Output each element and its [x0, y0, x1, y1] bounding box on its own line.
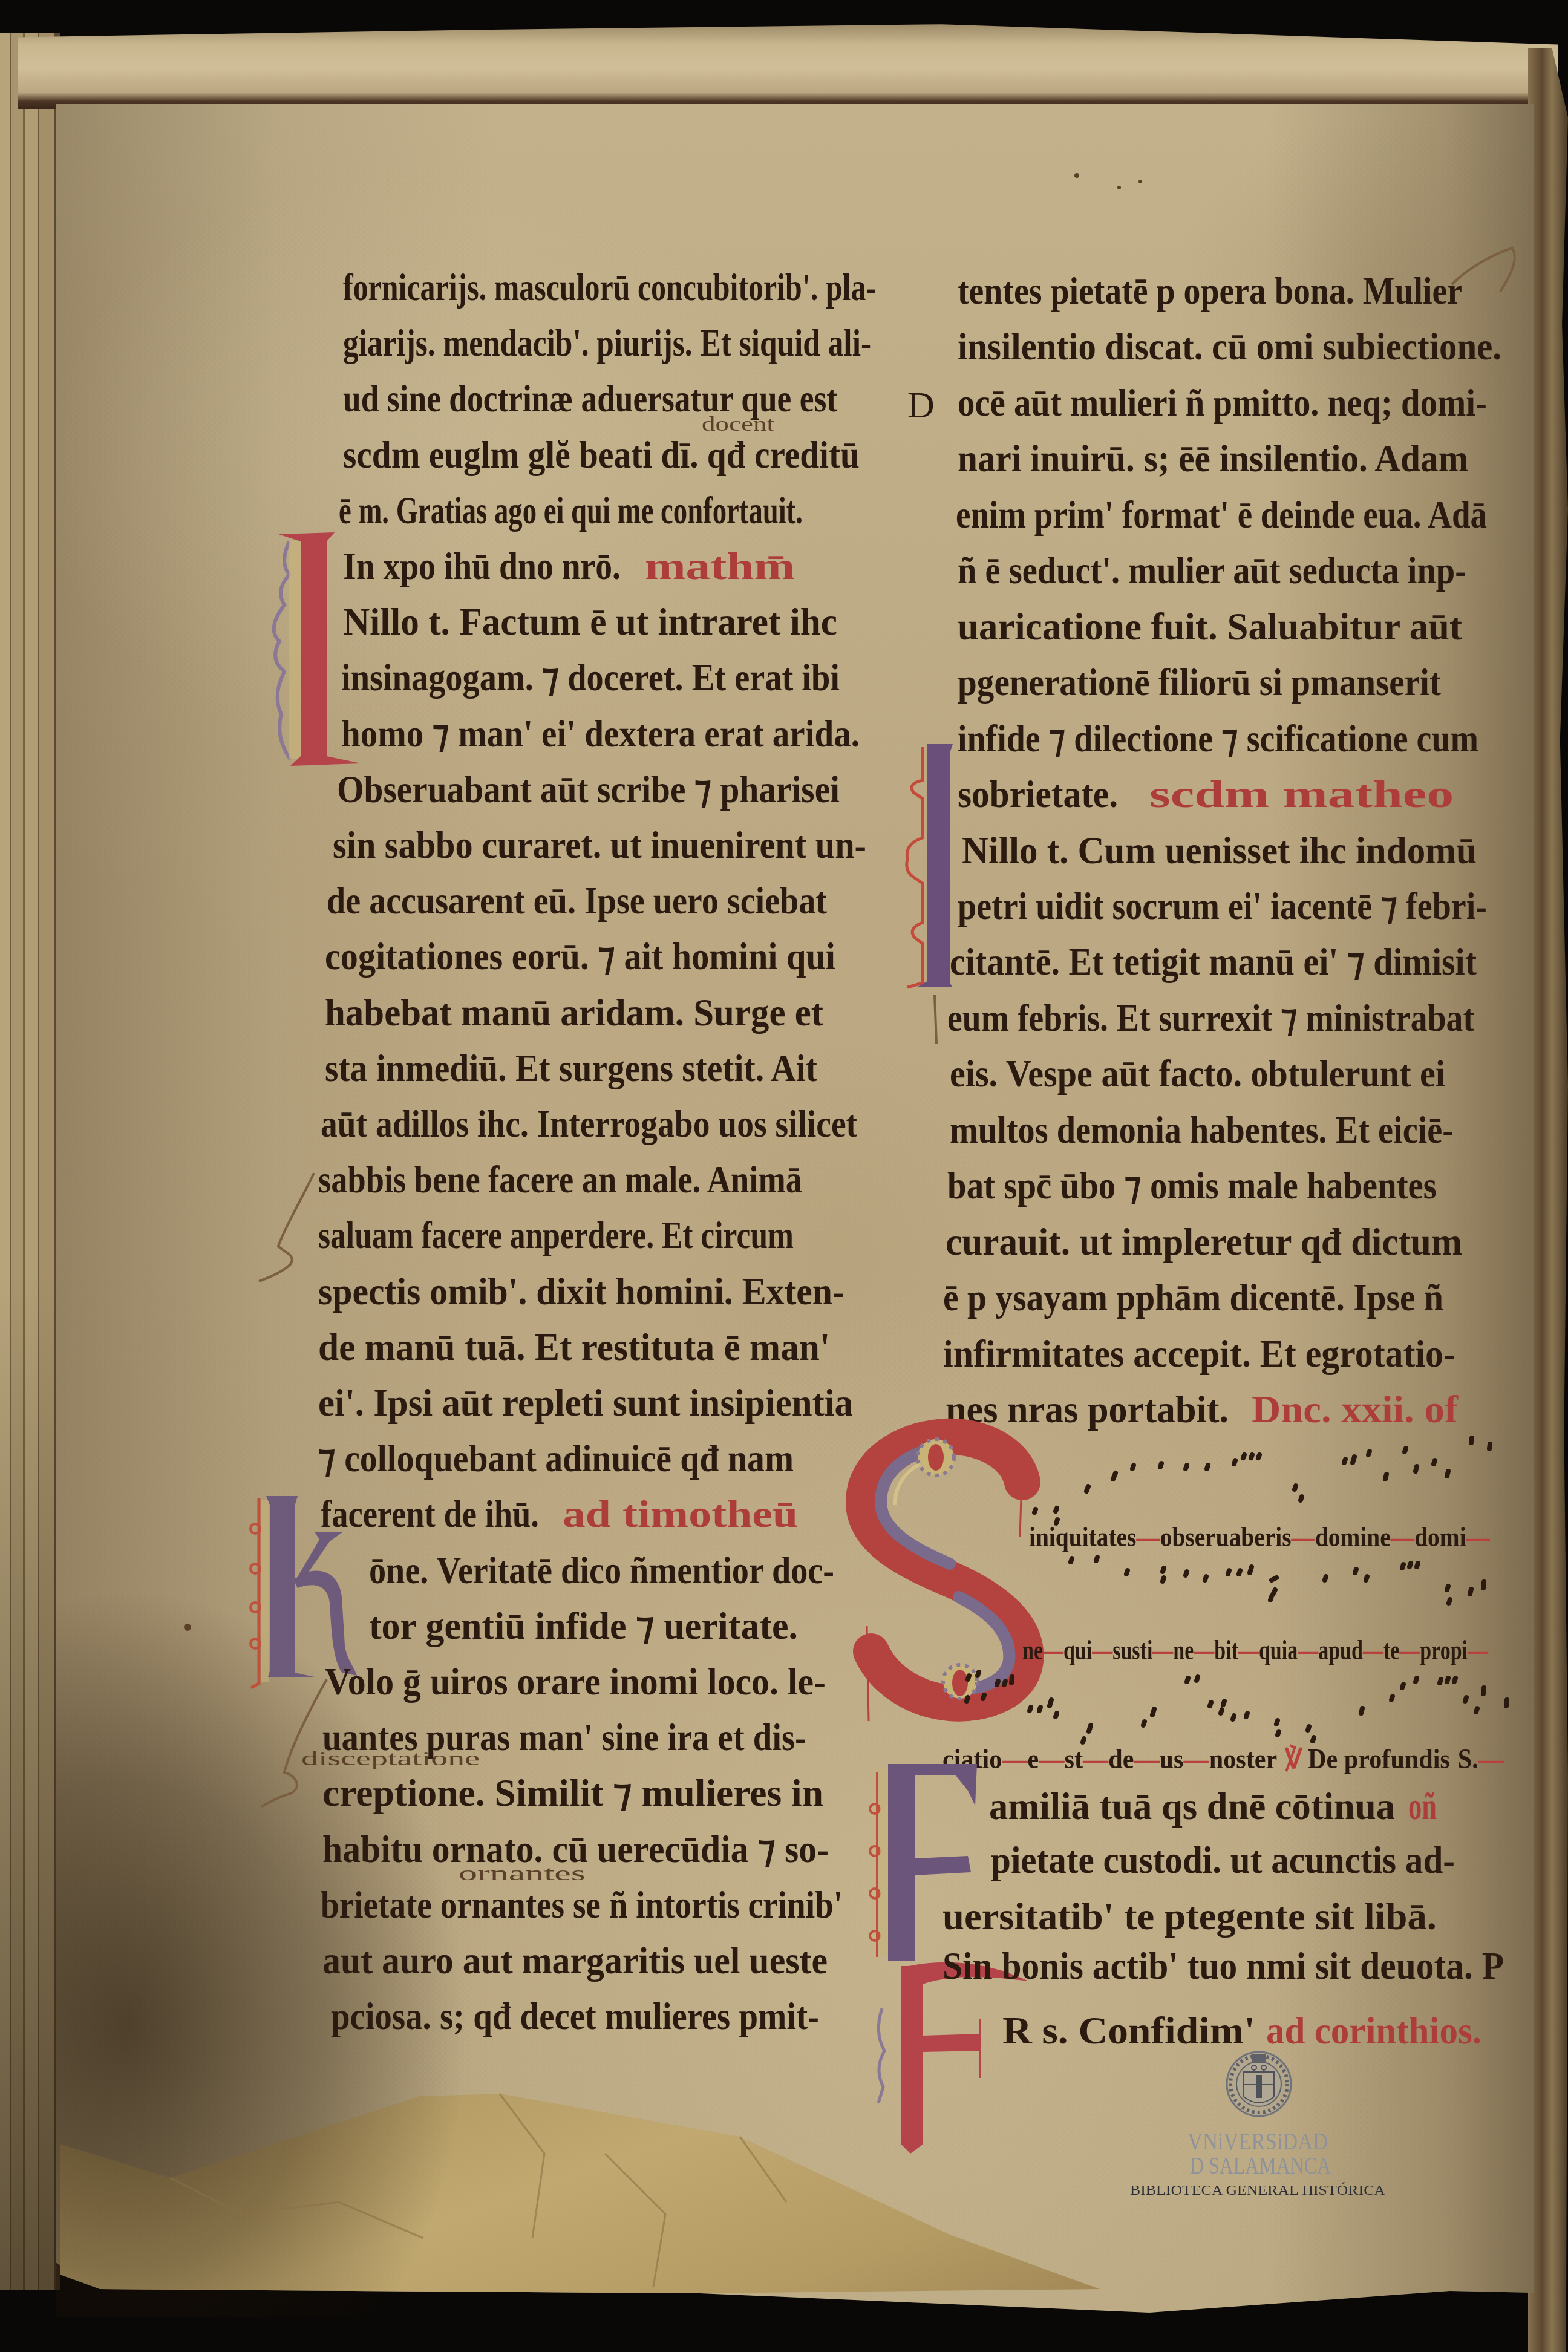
text-line: saluam facere anperdere. Et circum: [318, 1214, 794, 1256]
syllable: propi: [1420, 1635, 1468, 1665]
connector: —: [1002, 1743, 1028, 1774]
text-line: giarijs. mendacib'. piurijs. Et siquid a…: [343, 321, 871, 364]
rubric: scdm matheo: [1149, 773, 1454, 815]
text-line: brietate ornantes se ñ intortis crinib': [321, 1883, 843, 1926]
text-line: enim prim' format' ē deinde eua. Adā: [956, 493, 1487, 536]
connector: —: [1183, 1743, 1210, 1774]
text-line: pciosa. s; qđ decet mulieres pmit-: [331, 1994, 819, 2037]
connector: —: [1390, 1521, 1415, 1552]
syllable: susti: [1112, 1635, 1152, 1665]
text-line: insilentio discat. cū omi subiectione.: [958, 325, 1501, 368]
connector: —: [1152, 1635, 1174, 1665]
connector: —: [1362, 1635, 1383, 1665]
syllable: obseruaberis: [1160, 1521, 1292, 1552]
text-line: nari inuirū. s; ēē insilentio. Adam: [958, 437, 1468, 480]
text-line: homo ⁊ man' ei' dextera erat arida.: [341, 712, 860, 755]
text-line: sin sabbo curaret. ut inuenirent un-: [333, 823, 866, 866]
watermark-library-name: BIBLIOTECA GENERAL HISTÓRICA: [1130, 2182, 1386, 2198]
initial-I-purple: [907, 744, 953, 987]
text-line: ē m. Gratias ago ei qui me confortauit.: [339, 489, 803, 532]
syllable: qui: [1063, 1635, 1092, 1665]
watermark-institution-line2: D SALAMANCA: [1190, 2152, 1331, 2179]
text-line: nes nras portabit.: [946, 1388, 1229, 1431]
guide-letter: D: [907, 385, 935, 426]
connector: —: [1297, 1635, 1318, 1665]
connector: —: [1478, 1743, 1504, 1774]
syllable: ne: [1022, 1635, 1043, 1665]
text-line: bat spc̄ ūbo ⁊ omis male habentes: [947, 1164, 1437, 1207]
connector: —: [1466, 1521, 1491, 1552]
text-line: cogitationes eorū. ⁊ ait homini qui: [325, 935, 835, 978]
text-line: facerent de ihū.: [321, 1492, 539, 1535]
text-line: de accusarent eū. Ipse uero sciebat: [327, 879, 828, 922]
syllable: quia: [1259, 1635, 1298, 1665]
text-line: ei'. Ipsi aūt repleti sunt insipientia: [318, 1381, 853, 1424]
connector: —: [1136, 1521, 1161, 1552]
text-line: tor gentiū infide ⁊ ueritate.: [369, 1604, 798, 1647]
text-line: ñ ē seduct'. mulier aūt seducta inp-: [958, 549, 1466, 592]
left-column: fornicarijs. masculorū concubitorib'. pl…: [250, 266, 876, 2037]
text-line: Sin bonis actib' tuo nmi sit deuota. P: [942, 1944, 1504, 1987]
syllable: ne: [1173, 1635, 1194, 1665]
syllable: de: [1108, 1743, 1134, 1774]
syllable: bit: [1214, 1635, 1238, 1665]
connector: —: [1238, 1635, 1259, 1665]
text-line: sabbis bene facere an male. Animā: [318, 1158, 802, 1201]
text-line: tentes pietatē p opera bona. Mulier: [958, 269, 1462, 312]
text-line: Obseruabant aūt scribe ⁊ pharisei: [337, 768, 840, 811]
text-line: infide ⁊ dilectione ⁊ scificatione cum: [958, 717, 1478, 760]
university-seal-icon: [1227, 2052, 1291, 2116]
versicle-incipit: De profundis: [1308, 1743, 1450, 1774]
syllable: domi: [1414, 1521, 1466, 1552]
initial-F-red: [878, 1962, 1028, 2154]
syllable: te: [1383, 1635, 1399, 1665]
collect-section: amiliā tuā qs dnē cōtinua oñ pietate cus…: [870, 1764, 1504, 2154]
text-line: petri uidit socrum ei' iacentē ⁊ febri-: [958, 884, 1487, 927]
text-line: fornicarijs. masculorū concubitorib'. pl…: [343, 266, 876, 309]
syllable: apud: [1318, 1635, 1363, 1665]
interlinear-gloss: docent: [702, 413, 775, 436]
text-line: Volo ḡ uiros orare inomi loco. le-: [325, 1660, 826, 1703]
text-line: curauit. ut impleretur qđ dictum: [946, 1220, 1462, 1263]
text-line: pgenerationē filiorū si pmanserit: [958, 661, 1442, 704]
connector: —: [1194, 1635, 1215, 1665]
text-line: scdm euglm glĕ beati dī. qđ creditū: [343, 433, 860, 476]
text-line: sta inmediū. Et surgens stetit. Ait: [325, 1047, 818, 1089]
text-line: uaricatione fuit. Saluabitur aūt: [958, 605, 1463, 648]
text-line: eis. Vespe aūt facto. obtulerunt ei: [950, 1052, 1445, 1095]
syllable: iniquitates: [1029, 1521, 1136, 1552]
library-watermark: VNiVERSiDAD D SALAMANCA BIBLIOTECA GENER…: [1130, 2052, 1386, 2198]
neume-row: [967, 1672, 1507, 1742]
text-line: Nillo t. Cum uenisset ihc indomū: [962, 829, 1477, 872]
text-line: eum febris. Et surrexit ⁊ ministrabat: [947, 996, 1475, 1039]
initial-S: [864, 1437, 1025, 1721]
text-line: Nillo t. Factum ē ut intraret ihc: [343, 600, 837, 643]
syllable: domine: [1315, 1521, 1391, 1552]
text-line: ōne. Veritatē dico ñmentior doc-: [369, 1549, 834, 1592]
interlinear-gloss: ornantes: [459, 1863, 586, 1885]
watermark-institution-line1: VNiVERSiDAD: [1187, 2128, 1328, 2155]
connector: —: [1038, 1743, 1065, 1774]
text-line: pietate custodi. ut acunctis ad-: [991, 1838, 1455, 1881]
syllable: e: [1028, 1743, 1039, 1774]
manuscript-content: fornicarijs. masculorū concubitorib'. pl…: [0, 0, 1568, 2352]
text-line: citantē. Et tetigit manū ei' ⁊ dimisit: [950, 940, 1477, 983]
text-line: uersitatib' te ptegente sit libā.: [942, 1895, 1437, 1938]
versicle-sign: ℣: [1284, 1743, 1303, 1774]
rubric: ad corinthios.: [1266, 2009, 1481, 2052]
neume-row: [1034, 1438, 1490, 1523]
connector: —: [1467, 1635, 1488, 1665]
right-column: D tentes pietatē p opera bona. Mulier in…: [907, 269, 1501, 1431]
syllable: st: [1065, 1743, 1083, 1774]
rubric: ad timotheū: [563, 1492, 798, 1535]
end-mark: S.: [1458, 1743, 1478, 1774]
text-line: insinagogam. ⁊ doceret. Et erat ibi: [341, 656, 840, 699]
connector: —: [1399, 1635, 1420, 1665]
chant-text-line: iniquitates—obseruaberis—domine—domi—: [1029, 1521, 1491, 1552]
syllable: noster: [1209, 1743, 1277, 1774]
text-line: de manū tuā. Et restituta ē man': [318, 1325, 830, 1368]
chant-text-line: ciatio—e—st—de—us—noster℣De profundisS.—: [942, 1743, 1504, 1774]
text-line: aut auro aut margaritis uel ueste: [322, 1939, 828, 1982]
text-line: ē p ysayam pphām dicentē. Ipse ñ: [943, 1276, 1443, 1319]
neume-row: [1071, 1557, 1484, 1603]
connector: —: [1291, 1521, 1316, 1552]
parchment-cracks: [170, 2094, 786, 2287]
text-line: amiliā tuā qs dnē cōtinua: [989, 1785, 1395, 1828]
rubric: oñ: [1408, 1785, 1437, 1828]
rubric: Dnc. xxii. of: [1252, 1388, 1459, 1431]
text-line: In xpo ihū dno nrō.: [343, 544, 621, 587]
connector: —: [1042, 1635, 1063, 1665]
syllable: us: [1160, 1743, 1184, 1774]
text-line: habebat manū aridam. Surge et: [325, 991, 824, 1034]
text-line: sobrietate.: [958, 773, 1118, 815]
connector: —: [1082, 1743, 1109, 1774]
text-line: R s. Confidim': [1002, 2009, 1255, 2052]
text-line: ⁊ colloquebant adinuicē qđ nam: [318, 1437, 794, 1480]
connector: —: [1091, 1635, 1112, 1665]
text-line: aūt adillos ihc. Interrogabo uos silicet: [321, 1102, 858, 1145]
text-line: ocē aūt mulieri ñ pmitto. neq; domi-: [958, 381, 1487, 424]
text-line: multos demonia habentes. Et eiciē-: [950, 1108, 1454, 1151]
rubric: mathm̄: [645, 544, 795, 587]
connector: —: [1133, 1743, 1160, 1774]
interlinear-gloss: disceptatione: [301, 1748, 480, 1770]
text-line: spectis omib'. dixit homini. Exten-: [318, 1270, 844, 1313]
text-line: infirmitates accepit. Et egrotatio-: [943, 1332, 1455, 1375]
chant-text-line: ne—qui—susti—ne—bit—quia—apud—te—propi—: [1022, 1635, 1489, 1665]
chant-section: iniquitates—obseruaberis—domine—domi— ne…: [864, 1437, 1507, 1774]
text-line: creptione. Similit ⁊ mulieres in: [322, 1771, 823, 1814]
